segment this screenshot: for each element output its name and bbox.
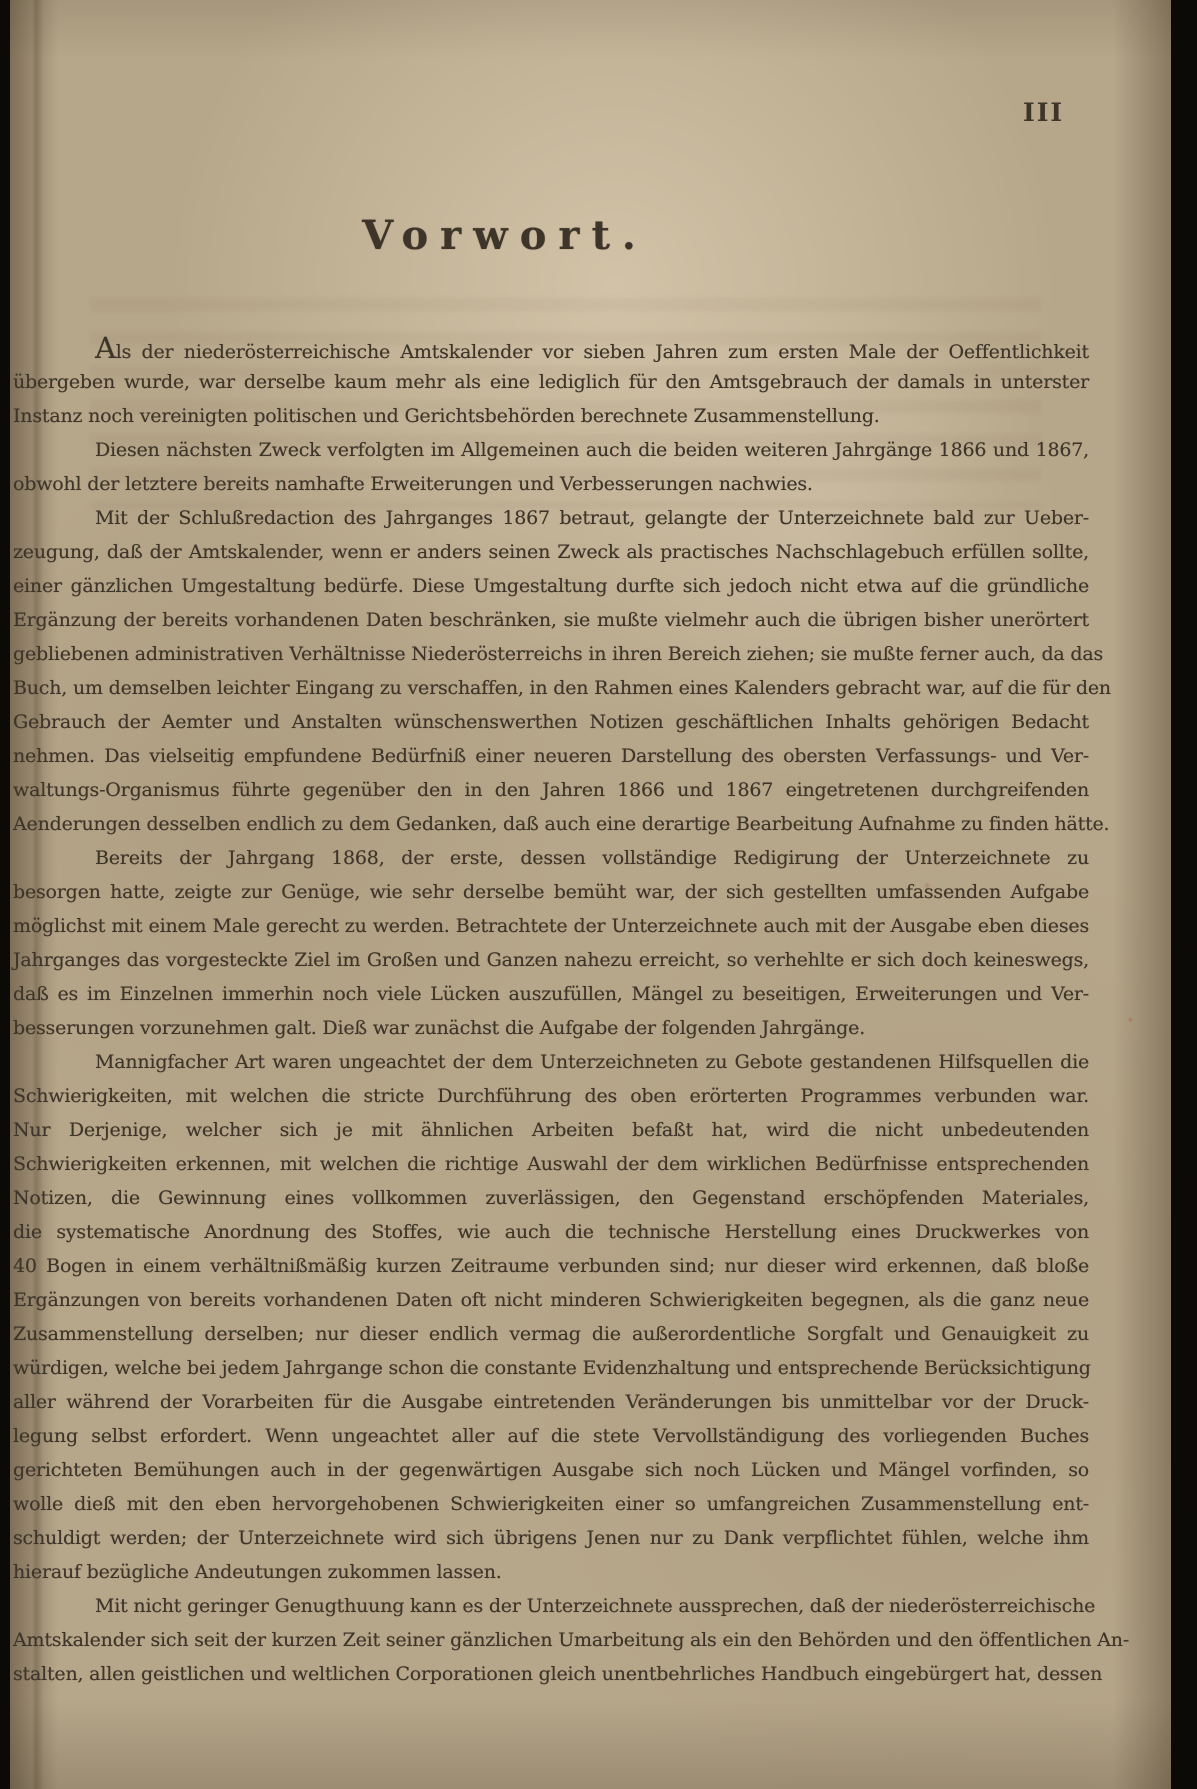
- paragraph: Mit der Schlußredaction des Jahrganges 1…: [13, 501, 1089, 841]
- text-line: Gebrauch der Aemter und Anstalten wünsch…: [13, 705, 1089, 739]
- text-line: aller während der Vorarbeiten für die Au…: [13, 1385, 1089, 1419]
- text-line: die systematische Anordnung des Stoffes,…: [13, 1215, 1089, 1249]
- text-line: zeugung, daß der Amtskalender, wenn er a…: [13, 535, 1089, 569]
- text-line: Diesen nächsten Zweck verfolgten im Allg…: [13, 433, 1089, 467]
- text-line: daß es im Einzelnen immerhin noch viele …: [13, 977, 1089, 1011]
- page-number: III: [1023, 98, 1064, 127]
- text-line: Mit nicht geringer Genugthuung kann es d…: [13, 1589, 1089, 1623]
- text-line: Jahrganges das vorgesteckte Ziel im Groß…: [13, 943, 1089, 977]
- text-line: Ergänzung der bereits vorhandenen Daten …: [13, 603, 1089, 637]
- text-line: Amtskalender sich seit der kurzen Zeit s…: [13, 1623, 1089, 1657]
- text-line: Ergänzungen von bereits vorhandenen Date…: [13, 1283, 1089, 1317]
- text-line: Instanz noch vereinigten politischen und…: [13, 399, 1089, 433]
- paper-page: III Vorwort. Als der niederösterreichisc…: [10, 0, 1171, 1789]
- text-line: legung selbst erfordert. Wenn ungeachtet…: [13, 1419, 1089, 1453]
- text-line: Zusammenstellung derselben; nur dieser e…: [13, 1317, 1089, 1351]
- paragraph: Als der niederösterreichische Amtskalend…: [13, 331, 1089, 433]
- paragraph: Mit nicht geringer Genugthuung kann es d…: [13, 1589, 1089, 1691]
- text-line: waltungs-Organismus führte gegenüber den…: [13, 773, 1089, 807]
- text-line: Als der niederösterreichische Amtskalend…: [13, 331, 1089, 365]
- text-line: besorgen hatte, zeigte zur Genüge, wie s…: [13, 875, 1089, 909]
- text-line: Schwierigkeiten, mit welchen die stricte…: [13, 1079, 1089, 1113]
- text-line: Aenderungen desselben endlich zu dem Ged…: [13, 807, 1089, 841]
- paragraph: Mannigfacher Art waren ungeachtet der de…: [13, 1045, 1089, 1589]
- text-line: möglichst mit einem Male gerecht zu werd…: [13, 909, 1089, 943]
- paragraph: Diesen nächsten Zweck verfolgten im Allg…: [13, 433, 1089, 501]
- book-page-scan: III Vorwort. Als der niederösterreichisc…: [0, 0, 1197, 1789]
- text-line: hierauf bezügliche Andeutungen zukommen …: [13, 1555, 1089, 1589]
- text-line: wolle dieß mit den eben hervorgehobenen …: [13, 1487, 1089, 1521]
- text-line: Nur Derjenige, welcher sich je mit ähnli…: [13, 1113, 1089, 1147]
- text-line: gerichteten Bemühungen auch in der gegen…: [13, 1453, 1089, 1487]
- page-title: Vorwort.: [10, 212, 1000, 259]
- text-line: Mannigfacher Art waren ungeachtet der de…: [13, 1045, 1089, 1079]
- paragraph: Bereits der Jahrgang 1868, der erste, de…: [13, 841, 1089, 1045]
- text-line: würdigen, welche bei jedem Jahrgange sch…: [13, 1351, 1089, 1385]
- text-line: Schwierigkeiten erkennen, mit welchen di…: [13, 1147, 1089, 1181]
- text-line: Bereits der Jahrgang 1868, der erste, de…: [13, 841, 1089, 875]
- text-line: nehmen. Das vielseitig empfundene Bedürf…: [13, 739, 1089, 773]
- text-line: 40 Bogen in einem verhältnißmäßig kurzen…: [13, 1249, 1089, 1283]
- text-line: Buch, um demselben leichter Eingang zu v…: [13, 671, 1089, 705]
- text-line: stalten, allen geistlichen und weltliche…: [13, 1657, 1089, 1691]
- text-line: Mit der Schlußredaction des Jahrganges 1…: [13, 501, 1089, 535]
- text-line: obwohl der letztere bereits namhafte Erw…: [13, 467, 1089, 501]
- text-line: besserungen vorzunehmen galt. Dieß war z…: [13, 1011, 1089, 1045]
- text-block: Als der niederösterreichische Amtskalend…: [13, 331, 1089, 1691]
- text-line: Notizen, die Gewinnung eines vollkommen …: [13, 1181, 1089, 1215]
- drop-initial: A: [95, 331, 116, 365]
- text-line: übergeben wurde, war derselbe kaum mehr …: [13, 365, 1089, 399]
- text-line: gebliebenen administrativen Verhältnisse…: [13, 637, 1089, 671]
- text-line: schuldigt werden; der Unterzeichnete wir…: [13, 1521, 1089, 1555]
- text-line: einer gänzlichen Umgestaltung bedürfe. D…: [13, 569, 1089, 603]
